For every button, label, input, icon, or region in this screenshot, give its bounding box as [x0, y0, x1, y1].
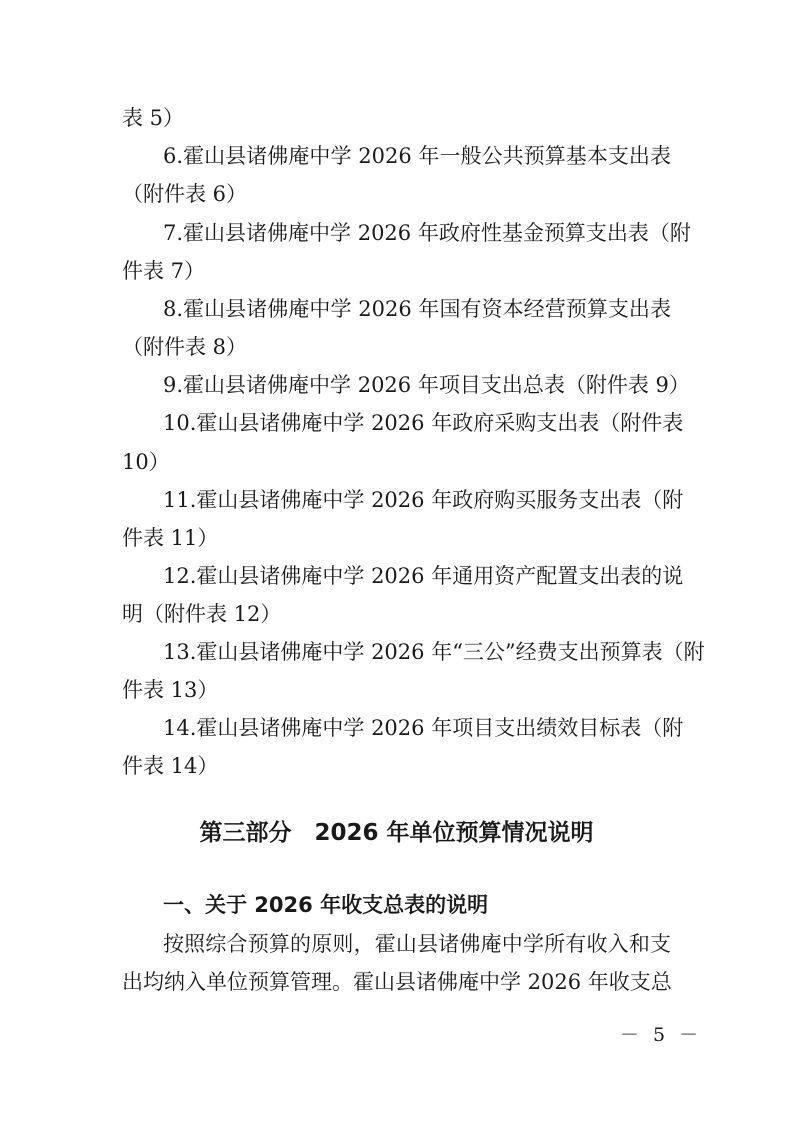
attachment-list-line: 10）: [122, 448, 170, 476]
attachment-list-line: 件表 14）: [122, 752, 218, 780]
subsection-heading: 一、关于 2026 年收支总表的说明: [163, 891, 488, 919]
attachment-list-line: 件表 7）: [122, 257, 205, 285]
attachment-list-line: 10.霍山县诸佛庵中学 2026 年政府采购支出表（附件表: [163, 409, 671, 437]
attachment-list-line: （附件表 6）: [122, 180, 247, 208]
attachment-list-line: （附件表 8）: [122, 333, 247, 361]
attachment-list-line: 12.霍山县诸佛庵中学 2026 年通用资产配置支出表的说: [163, 562, 671, 590]
attachment-list-line: 7.霍山县诸佛庵中学 2026 年政府性基金预算支出表（附: [163, 219, 671, 247]
body-paragraph-line-1: 按照综合预算的原则，霍山县诸佛庵中学所有收入和支: [163, 930, 671, 958]
attachment-list-line: 6.霍山县诸佛庵中学 2026 年一般公共预算基本支出表: [163, 142, 671, 170]
body-paragraph-line-2: 出均纳入单位预算管理。霍山县诸佛庵中学 2026 年收支总: [122, 968, 671, 996]
attachment-list-line: 明（附件表 12）: [122, 600, 281, 628]
attachment-list-line: 13.霍山县诸佛庵中学 2026 年“三公”经费支出预算表（附: [163, 638, 671, 666]
page-number: － 5 －: [620, 1020, 702, 1047]
attachment-list-line: 件表 13）: [122, 676, 218, 704]
attachment-list-line: 14.霍山县诸佛庵中学 2026 年项目支出绩效目标表（附: [163, 714, 671, 742]
attachment-list-line: 表 5）: [122, 104, 184, 132]
section-title: 第三部分 2026 年单位预算情况说明: [0, 818, 793, 848]
attachment-list-line: 件表 11）: [122, 524, 218, 552]
attachment-list-line: 9.霍山县诸佛庵中学 2026 年项目支出总表（附件表 9）: [163, 371, 671, 399]
attachment-list-line: 11.霍山县诸佛庵中学 2026 年政府购买服务支出表（附: [163, 486, 671, 514]
attachment-list-line: 8.霍山县诸佛庵中学 2026 年国有资本经营预算支出表: [163, 295, 671, 323]
